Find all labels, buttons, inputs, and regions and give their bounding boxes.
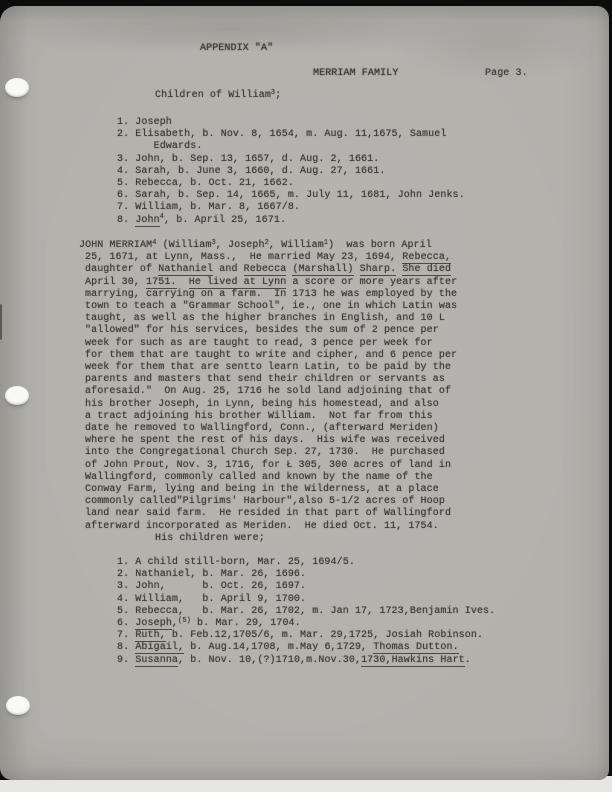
text-line: Edwards.	[117, 141, 465, 153]
page-number: Page 3.	[485, 68, 528, 80]
text-line: where he spent the rest of his days. His…	[85, 435, 457, 447]
children-list-second-generation: 1. A child still-born, Mar. 25, 1694/5.2…	[117, 557, 495, 667]
text-line: date he removed to Wallingford, Conn., (…	[85, 423, 457, 435]
appendix-title: APPENDIX "A"	[200, 43, 273, 55]
text-line: 5. Rebecca, b. Mar. 26, 1702, m. Jan 17,…	[117, 606, 495, 618]
biography-paragraph: JOHN MERRIAM4 (William3, Joseph2, Willia…	[85, 240, 457, 533]
edge-crease-mark	[0, 304, 2, 340]
text-line: 1. A child still-born, Mar. 25, 1694/5.	[117, 557, 495, 569]
text-line: Wallingford, commonly called and known b…	[85, 472, 457, 484]
text-line: 7. Ruth, b. Feb.12,1705/6, m. Mar. 29,17…	[117, 630, 495, 642]
text-line: land near said farm. He resided in that …	[85, 508, 457, 520]
text-line: JOHN MERRIAM4 (William3, Joseph2, Willia…	[79, 240, 457, 252]
text-line: 1. Joseph	[117, 117, 465, 129]
text-line: afterward incorporated as Meriden. He di…	[85, 521, 457, 533]
text-line: 5. Rebecca, b. Oct. 21, 1662.	[117, 178, 465, 190]
text-line: commonly called"Pilgrims' Harbour",also …	[85, 496, 457, 508]
text-line: parents and masters that send their chil…	[85, 374, 457, 386]
text-line: 8. Abigail, b. Aug.14,1708, m.May 6,1729…	[117, 642, 495, 654]
text-line: a tract adjoining his brother William. N…	[85, 411, 457, 423]
text-line: 4. Sarah, b. June 3, 1660, d. Aug. 27, 1…	[117, 166, 465, 178]
text-line: town to teach a "Grammar School", ie., o…	[85, 301, 457, 313]
text-line: 6. Sarah, b. Sep. 14, 1665, m. July 11, …	[117, 190, 465, 202]
text-line: 9. Susanna, b. Nov. 10,(?)1710,m.Nov.30,…	[117, 655, 495, 667]
punch-hole-middle	[5, 386, 29, 405]
text-line: week for such as are taught to read, 3 p…	[85, 338, 457, 350]
text-line: his brother Joseph, in Lynn, being his h…	[85, 399, 457, 411]
text-line: 4. William, b. April 9, 1700.	[117, 594, 495, 606]
text-line: week for them that are sentto learn Lati…	[85, 362, 457, 374]
text-line: Conway Farm, lying and being in the Wild…	[85, 484, 457, 496]
text-line: taught, as well as the higher branches i…	[85, 313, 457, 325]
text-line: daughter of Nathaniel and Rebecca (Marsh…	[85, 264, 457, 276]
text-line: marrying, carrying on a farm. In 1713 he…	[85, 289, 457, 301]
his-children-heading: His children were;	[155, 533, 265, 545]
text-line: into the Congregational Church Sep. 27, …	[85, 447, 457, 459]
text-line: of John Prout, Nov. 3, 1716, for Ł 305, …	[85, 460, 457, 472]
text-line: aforesaid." On Aug. 25, 1716 he sold lan…	[85, 386, 457, 398]
paper-sheet: APPENDIX "A" MERRIAM FAMILY Page 3. Chil…	[0, 6, 609, 780]
text-line: for them that are taught to write and ci…	[85, 350, 457, 362]
scanned-document: APPENDIX "A" MERRIAM FAMILY Page 3. Chil…	[0, 0, 612, 792]
punch-hole-bottom	[6, 696, 30, 715]
text-line: "allowed" for his services, besides the …	[85, 325, 457, 337]
text-line: 6. Joseph,(5) b. Mar. 29, 1704.	[117, 618, 495, 630]
text-line: 2. Elisabeth, b. Nov. 8, 1654, m. Aug. 1…	[117, 129, 465, 141]
children-of-william-heading: Children of William3;	[155, 90, 281, 102]
family-title: MERRIAM FAMILY	[313, 68, 398, 80]
children-list-first-generation: 1. Joseph2. Elisabeth, b. Nov. 8, 1654, …	[117, 117, 465, 227]
text-line: 3. John, b. Sep. 13, 1657, d. Aug. 2, 16…	[117, 154, 465, 166]
text-line: 2. Nathaniel, b. Mar. 26, 1696.	[117, 569, 495, 581]
text-line: 7. William, b. Mar. 8, 1667/8.	[117, 202, 465, 214]
text-line: 25, 1671, at Lynn, Mass., He married May…	[85, 252, 457, 264]
punch-hole-top	[5, 78, 29, 97]
text-line: 3. John, b. Oct. 26, 1697.	[117, 581, 495, 593]
text-line: April 30, 1751. He lived at Lynn a score…	[85, 277, 457, 289]
text-line: 8. John4, b. April 25, 1671.	[117, 215, 465, 227]
